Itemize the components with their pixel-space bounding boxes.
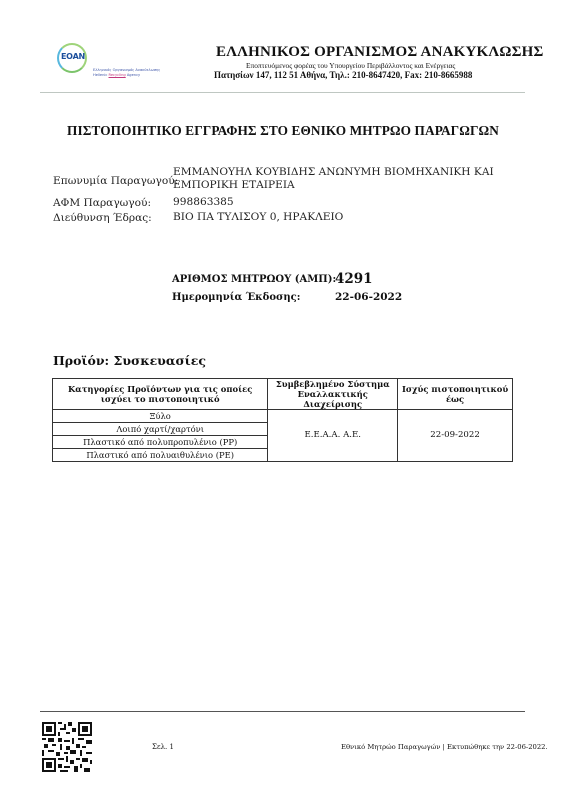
issue-date-value: 22-06-2022 <box>335 291 402 303</box>
header-system: Συμβεβλημένο Σύστημα Εναλλακτικής Διαχεί… <box>268 379 398 410</box>
category-cell: Πλαστικό από πολυαιθυλένιο (PE) <box>53 449 268 462</box>
organization-address: Πατησίων 147, 112 51 Αθήνα, Τηλ.: 210-86… <box>214 70 472 80</box>
producer-name-label: Επωνυμία Παραγωγού: <box>53 175 178 187</box>
header-valid-until: Ισχύς πιστοποιητικού έως <box>398 379 513 410</box>
category-cell: Πλαστικό από πολυπροπυλένιο (PP) <box>53 436 268 449</box>
table-row: Ξύλο Ε.Ε.Α.Α. Α.Ε. 22-09-2022 <box>53 410 513 423</box>
producer-address-label: Διεύθυνση Έδρας: <box>53 212 152 224</box>
logo-subtitle-line2: Hellenic Recycling Agency <box>93 73 160 78</box>
page-number: Σελ. 1 <box>152 743 174 751</box>
producer-address-value: ΒΙΟ ΠΑ ΤΥΛΙΣΟΥ 0, ΗΡΑΚΛΕΙΟ <box>173 211 343 224</box>
certificate-table: Κατηγορίες Προϊόντων για τις οποίες ισχύ… <box>52 378 513 462</box>
issue-date-label: Ημερομηνία Έκδοσης: <box>172 292 300 303</box>
logo-subtitle: Ελληνικός Οργανισμός Ανακύκλωσης Helleni… <box>93 68 160 78</box>
header-categories: Κατηγορίες Προϊόντων για τις οποίες ισχύ… <box>53 379 268 410</box>
header-divider <box>40 92 525 93</box>
document-title: ΠΙΣΤΟΠΟΙΗΤΙΚΟ ΕΓΓΡΑΦΗΣ ΣΤΟ ΕΘΝΙΚΟ ΜΗΤΡΩΟ… <box>0 123 566 139</box>
table-header-row: Κατηγορίες Προϊόντων για τις οποίες ισχύ… <box>53 379 513 410</box>
product-section-title: Προϊόν: Συσκευασίες <box>53 353 206 368</box>
valid-until-cell: 22-09-2022 <box>398 410 513 462</box>
category-cell: Ξύλο <box>53 410 268 423</box>
category-cell: Λοιπό χαρτί/χαρτόνι <box>53 423 268 436</box>
eoan-logo: ΕΟΑΝ <box>57 43 87 73</box>
producer-afm-value: 998863385 <box>173 196 234 209</box>
system-cell: Ε.Ε.Α.Α. Α.Ε. <box>268 410 398 462</box>
organization-name: ΕΛΛΗΝΙΚΟΣ ΟΡΓΑΝΙΣΜΟΣ ΑΝΑΚΥΚΛΩΣΗΣ <box>216 44 543 61</box>
producer-name-value: ΕΜΜΑΝΟΥΗΛ ΚΟΥΒΙΔΗΣ ΑΝΩΝΥΜΗ ΒΙΟΜΗΧΑΝΙΚΗ Κ… <box>173 166 494 192</box>
registry-number-value: 4291 <box>335 271 373 287</box>
registry-number-label: ΑΡΙΘΜΟΣ ΜΗΤΡΩΟΥ (ΑΜΠ): <box>172 274 336 285</box>
logo-text: ΕΟΑΝ <box>61 52 85 61</box>
qr-code-icon <box>42 722 92 772</box>
footer-divider <box>40 711 525 712</box>
organization-description: Εποπτευόμενος φορέας του Υπουργείου Περι… <box>246 61 455 70</box>
producer-afm-label: ΑΦΜ Παραγωγού: <box>53 197 151 209</box>
footer-print-note: Εθνικό Μητρώο Παραγωγών | Εκτυπώθηκε την… <box>341 743 548 751</box>
